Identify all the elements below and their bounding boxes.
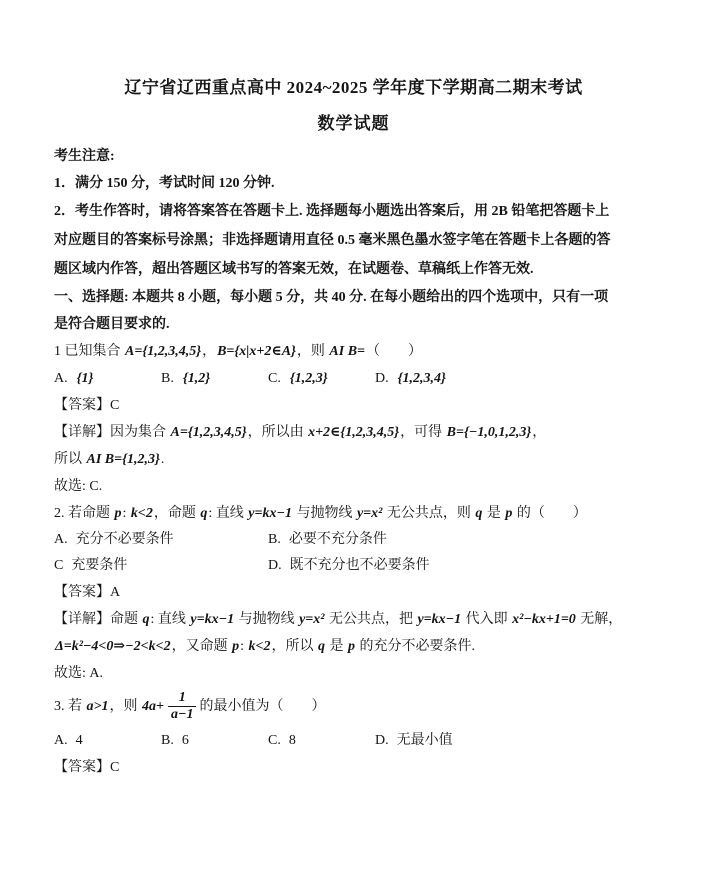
analysis-text: 因为集合 A={1,2,3,4,5}，所以由 x+2∈{1,2,3,4,5}，可…: [110, 425, 546, 440]
option-text: {1,2,3}: [289, 371, 329, 386]
question-3-option-c: C.8: [268, 727, 375, 754]
question-2-stem: 2. 若命题 p: k<2，命题 q: 直线 y=kx−1 与抛物线 y=x² …: [54, 500, 653, 527]
option-label: B.: [268, 532, 281, 547]
math-segment: y=kx−1: [247, 506, 293, 521]
option-label: A.: [54, 532, 68, 547]
text-segment: : 直线: [208, 506, 247, 521]
math-segment: x²−kx+1=0: [511, 612, 577, 627]
question-1-block: 1 已知集合 A={1,2,3,4,5}，B={x|x+2∈A}，则 AI B=…: [54, 338, 653, 500]
text-segment: 无解，: [577, 612, 623, 627]
math-segment: {1,2}: [182, 371, 211, 386]
analysis-label: 【详解】: [54, 425, 110, 440]
option-label: D.: [375, 733, 389, 748]
question-1-option-b: B.{1,2}: [161, 365, 268, 392]
text-segment: 代入即: [462, 612, 511, 627]
math-segment: q: [142, 612, 151, 627]
math-segment: q: [474, 506, 483, 521]
math-segment: {1,2,3,4}: [397, 371, 447, 386]
text-segment: 与抛物线: [235, 612, 298, 627]
math-segment: Δ=k²−4<0⇒−2<k<2: [54, 639, 172, 654]
question-3-block: 3. 若 a>1，则 4a+1a−1的最小值为（ ） A.4 B.6 C.8 D…: [54, 687, 653, 781]
math-segment: p: [231, 639, 240, 654]
question-3-options: A.4 B.6 C.8 D.无最小值: [54, 727, 653, 754]
math-segment: y=kx−1: [189, 612, 235, 627]
question-3-answer-line: 【答案】C: [54, 754, 653, 781]
question-2-analysis-line-2: Δ=k²−4<0⇒−2<k<2，又命题 p: k<2，所以 q 是 p 的充分不…: [54, 633, 653, 660]
question-1-option-d: D.{1,2,3,4}: [375, 365, 447, 392]
notice-item-2-line-2: 对应题目的答案标号涂黑；非选择题请用直径 0.5 毫米黑色墨水签字笔在答题卡上各…: [54, 226, 653, 255]
question-1-options: A.{1} B.{1,2} C.{1,2,3} D.{1,2,3,4}: [54, 365, 653, 392]
math-segment: A={1,2,3,4,5}: [124, 344, 202, 359]
question-1-option-c: C.{1,2,3}: [268, 365, 375, 392]
question-3-stem: 3. 若 a>1，则 4a+1a−1的最小值为（ ）: [54, 687, 653, 727]
math-segment: p: [114, 506, 123, 521]
answer-value: A: [110, 585, 120, 600]
text-segment: 是: [483, 506, 504, 521]
option-text: 必要不充分条件: [289, 532, 387, 547]
option-text: 既不充分也不必要条件: [290, 558, 430, 573]
option-text: 充分不必要条件: [76, 532, 174, 547]
text-segment: ，: [532, 425, 546, 440]
question-2-option-b: B.必要不充分条件: [268, 527, 653, 553]
question-3-option-b: B.6: [161, 727, 268, 754]
text-segment: 命题: [110, 612, 142, 627]
fraction-denominator: a−1: [168, 707, 196, 723]
option-text: 充要条件: [71, 558, 127, 573]
notice-item-2-line-3: 题区域内作答，超出答题区域书写的答案无效，在试题卷、草稿纸上作答无效.: [54, 255, 653, 284]
page-subtitle: 数学试题: [54, 112, 653, 135]
notice-heading: 考生注意:: [54, 143, 653, 170]
math-segment: A={1,2,3,4,5}: [170, 425, 248, 440]
text-segment: （ ）: [366, 344, 422, 359]
fraction-numerator: 1: [168, 690, 196, 707]
option-text: {1,2,3,4}: [397, 371, 447, 386]
math-segment: k<2: [130, 506, 154, 521]
notice-item-1: 1．满分 150 分，考试时间 120 分钟.: [54, 170, 653, 197]
question-2-options: A.充分不必要条件 B.必要不充分条件 C充要条件 D.既不充分也不必要条件: [54, 527, 653, 579]
text-segment: : 直线: [151, 612, 190, 627]
math-segment: {1}: [76, 371, 95, 386]
question-2-block: 2. 若命题 p: k<2，命题 q: 直线 y=kx−1 与抛物线 y=x² …: [54, 500, 653, 687]
text-segment: ，则: [297, 344, 329, 359]
page-title: 辽宁省辽西重点高中 2024~2025 学年度下学期高二期末考试: [54, 76, 653, 99]
option-label: B.: [161, 371, 174, 386]
math-segment: {1,2,3}: [289, 371, 329, 386]
text-segment: :: [123, 506, 130, 521]
text-segment: 既不充分也不必要条件: [290, 558, 430, 573]
text-segment: ，所以: [271, 639, 317, 654]
question-3-option-d: D.无最小值: [375, 727, 453, 754]
text-segment: 4: [76, 733, 83, 748]
option-text: {1,2}: [182, 371, 211, 386]
question-1-stem: 1 已知集合 A={1,2,3,4,5}，B={x|x+2∈A}，则 AI B=…: [54, 338, 653, 365]
text-segment: 无公共点，把: [325, 612, 416, 627]
text-segment: 无公共点，则: [383, 506, 474, 521]
math-segment: p: [504, 506, 513, 521]
option-text: 8: [289, 733, 296, 748]
math-segment: y=x²: [356, 506, 383, 521]
answer-value: C: [110, 760, 119, 775]
text-segment: ，: [202, 344, 216, 359]
question-1-conclusion: 故选: C.: [54, 473, 653, 500]
option-text: {1}: [76, 371, 95, 386]
text-segment: 的充分不必要条件.: [356, 639, 475, 654]
section-heading-line-1: 一、选择题: 本题共 8 小题，每小题 5 分，共 40 分. 在每小题给出的四…: [54, 284, 653, 311]
option-label: A.: [54, 733, 68, 748]
question-3-option-a: A.4: [54, 727, 161, 754]
math-segment: B={−1,0,1,2,3}: [446, 425, 533, 440]
text-segment: 的最小值为（ ）: [199, 699, 325, 714]
document-content: 辽宁省辽西重点高中 2024~2025 学年度下学期高二期末考试 数学试题 考生…: [0, 0, 701, 781]
text-segment: 必要不充分条件: [289, 532, 387, 547]
math-segment: x+2∈{1,2,3,4,5}: [307, 425, 400, 440]
answer-label: 【答案】: [54, 760, 110, 775]
option-label: B.: [161, 733, 174, 748]
option-label: D.: [375, 371, 389, 386]
notice-item-2-line-1: 2．考生作答时，请将答案答在答题卡上. 选择题每小题选出答案后，用 2B 铅笔把…: [54, 197, 653, 226]
text-segment: 8: [289, 733, 296, 748]
text-segment: 1 已知集合: [54, 344, 124, 359]
question-1-analysis-line-1: 【详解】因为集合 A={1,2,3,4,5}，所以由 x+2∈{1,2,3,4,…: [54, 419, 653, 446]
math-segment: y=x²: [298, 612, 325, 627]
math-segment: k<2: [247, 639, 271, 654]
text-segment: 的（ ）: [513, 506, 587, 521]
answer-label: 【答案】: [54, 398, 110, 413]
text-segment: 充分不必要条件: [76, 532, 174, 547]
text-segment: 2. 若命题: [54, 506, 114, 521]
exam-document: 辽宁省辽西重点高中 2024~2025 学年度下学期高二期末考试 数学试题 考生…: [0, 0, 701, 877]
question-1-answer-line: 【答案】C: [54, 392, 653, 419]
answer-value: C: [110, 398, 119, 413]
question-2-option-a: A.充分不必要条件: [54, 527, 268, 553]
text-segment: ，所以由: [248, 425, 308, 440]
math-segment: AI B=: [328, 344, 366, 359]
text-segment: 无最小值: [397, 733, 453, 748]
question-2-option-c: C充要条件: [54, 553, 268, 579]
option-label: C.: [268, 733, 281, 748]
option-label: C: [54, 558, 63, 573]
answer-label: 【答案】: [54, 585, 110, 600]
math-segment: y=kx−1: [416, 612, 462, 627]
math-segment: q: [317, 639, 326, 654]
section-heading-line-2: 是符合题目要求的.: [54, 311, 653, 338]
math-segment: B={x|x+2∈A}: [216, 344, 297, 359]
math-segment: AI B={1,2,3}: [86, 452, 161, 467]
math-segment: a>1: [86, 699, 110, 714]
text-segment: 与抛物线: [293, 506, 356, 521]
question-2-analysis-line-1: 【详解】命题 q: 直线 y=kx−1 与抛物线 y=x² 无公共点，把 y=k…: [54, 606, 653, 633]
text-segment: .: [161, 452, 165, 467]
text-segment: 因为集合: [110, 425, 170, 440]
question-2-conclusion: 故选: A.: [54, 660, 653, 687]
text-segment: ，可得: [400, 425, 446, 440]
text-segment: 所以: [54, 452, 86, 467]
option-label: A.: [54, 371, 68, 386]
question-2-answer-line: 【答案】A: [54, 579, 653, 606]
question-2-option-d: D.既不充分也不必要条件: [268, 553, 653, 579]
question-1-option-a: A.{1}: [54, 365, 161, 392]
analysis-text: 命题 q: 直线 y=kx−1 与抛物线 y=x² 无公共点，把 y=kx−1 …: [110, 612, 622, 627]
text-segment: ，则: [109, 699, 141, 714]
text-segment: 3. 若: [54, 699, 86, 714]
fraction: 1a−1: [168, 690, 196, 723]
option-label: C.: [268, 371, 281, 386]
option-text: 4: [76, 733, 83, 748]
text-segment: ，命题: [154, 506, 200, 521]
question-1-analysis-line-2: 所以 AI B={1,2,3}.: [54, 446, 653, 473]
text-segment: 6: [182, 733, 189, 748]
option-text: 无最小值: [397, 733, 453, 748]
option-label: D.: [268, 558, 282, 573]
text-segment: 充要条件: [71, 558, 127, 573]
analysis-label: 【详解】: [54, 612, 110, 627]
math-segment: p: [347, 639, 356, 654]
option-text: 6: [182, 733, 189, 748]
text-segment: 是: [326, 639, 347, 654]
text-segment: ，又命题: [172, 639, 232, 654]
math-segment: 4a+: [141, 699, 165, 714]
